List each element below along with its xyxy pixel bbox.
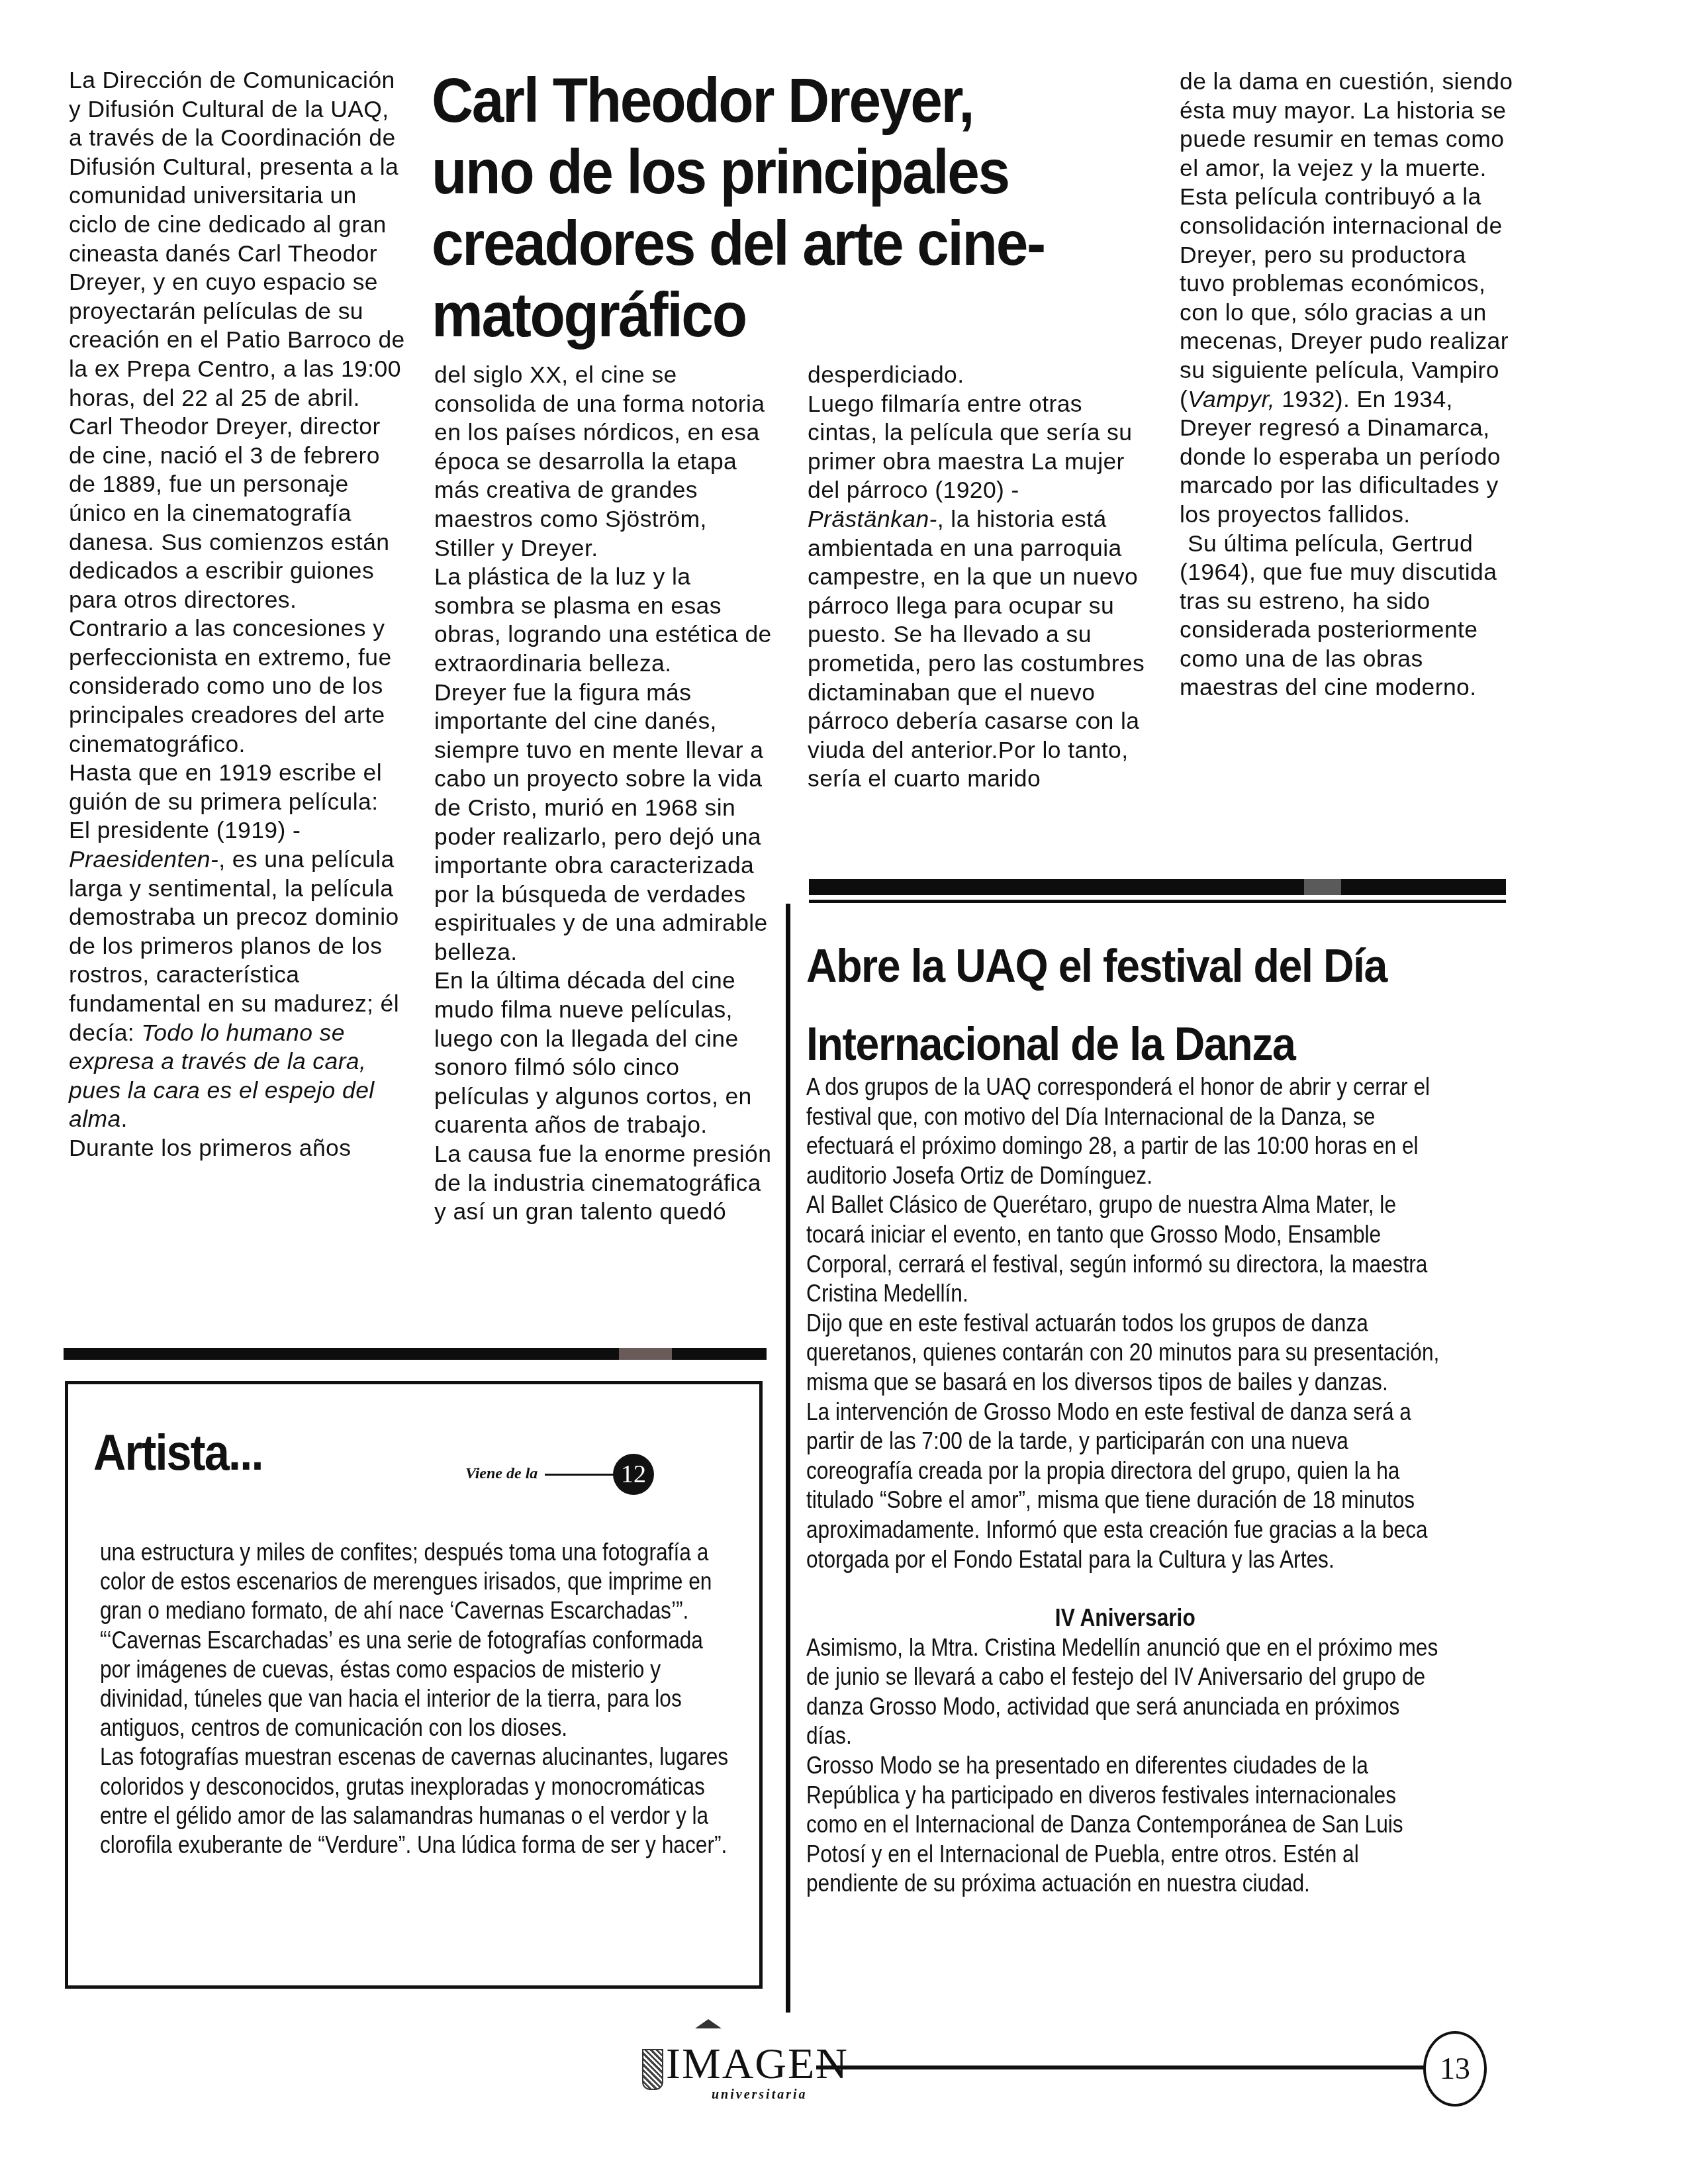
footer: IMAGEN universitaria 13 — [629, 2019, 1503, 2112]
dreyer-column-3: desperdiciado. Luego filmaría entre otra… — [808, 361, 1145, 794]
paragraph: En la última década del cine mudo filma … — [434, 967, 772, 1140]
danza-headline: Abre la UAQ el festival del Día Internac… — [806, 927, 1437, 1083]
paragraph: Su última película, Gertrud (1964), que … — [1180, 530, 1517, 703]
paragraph: La causa fue la enorme presión de la ind… — [434, 1140, 772, 1227]
dreyer-column-4: de la dama en cuestión, siendo ésta muy … — [1180, 68, 1517, 702]
headline-line: Abre la UAQ el festival del Día — [806, 927, 1387, 1005]
paragraph: A dos grupos de la UAQ corresponderá el … — [806, 1072, 1444, 1190]
danza-body: A dos grupos de la UAQ corresponderá el … — [806, 1072, 1444, 1899]
continued-from-label: Viene de la — [465, 1465, 538, 1483]
section-divider-thin — [809, 900, 1506, 903]
section-divider-texture — [1304, 879, 1341, 895]
artista-box: Artista... Viene de la 12 una estructura… — [65, 1381, 763, 1989]
publication-logo: IMAGEN — [666, 2039, 849, 2089]
paragraph: de la dama en cuestión, siendo ésta muy … — [1180, 68, 1517, 183]
paragraph: La plástica de la luz y la sombra se pla… — [434, 563, 772, 678]
paragraph: La Dirección de Comunicación y Difusión … — [69, 66, 405, 412]
section-divider-left-texture — [619, 1348, 672, 1360]
paragraph: Dijo que en este festival actuarán todos… — [806, 1309, 1444, 1398]
paragraph: La intervención de Grosso Modo en este f… — [806, 1398, 1444, 1575]
dreyer-headline: Carl Theodor Dreyer, uno de los principa… — [432, 65, 1090, 351]
headline-line: creadores del arte cine- — [432, 208, 1045, 279]
paragraph: Asimismo, la Mtra. Cristina Medellín anu… — [806, 1633, 1444, 1751]
dreyer-column-2: del siglo XX, el cine se consolida de un… — [434, 361, 772, 1227]
spacer — [806, 1574, 1444, 1603]
paragraph: Esta película contribuyó a la consolidac… — [1180, 183, 1517, 529]
continued-page-badge[interactable]: 12 — [613, 1454, 654, 1495]
paragraph: Hasta que en 1919 escribe el guión de su… — [69, 759, 405, 816]
artista-title: Artista... — [93, 1424, 263, 1482]
crest-icon — [642, 2049, 663, 2090]
headline-line: matográfico — [432, 279, 1045, 351]
section-divider-thick — [809, 879, 1506, 895]
continued-arrow-line — [545, 1474, 618, 1476]
paragraph: Carl Theodor Dreyer, director de cine, n… — [69, 412, 405, 614]
publication-subtitle: universitaria — [712, 2087, 808, 2103]
logo-mountain-icon — [695, 2019, 722, 2028]
paragraph: El presidente (1919) - Praesidenten-, es… — [69, 816, 405, 1134]
subheading: IV Aniversario — [806, 1603, 1444, 1633]
paragraph: Las fotografías muestran escenas de cave… — [100, 1742, 729, 1860]
paragraph: “‘Cavernas Escarchadas’ es una serie de … — [100, 1626, 729, 1743]
paragraph: Grosso Modo se ha presentado en diferent… — [806, 1751, 1444, 1899]
paragraph: Dreyer fue la figura más importante del … — [434, 679, 772, 967]
headline-line: Carl Theodor Dreyer, — [432, 65, 1045, 136]
page-number: 13 — [1423, 2031, 1487, 2107]
headline-line: uno de los principales — [432, 136, 1045, 208]
headline-line: Internacional de la Danza — [806, 1005, 1387, 1083]
paragraph: una estructura y miles de confites; desp… — [100, 1538, 729, 1626]
column-rule-vertical — [786, 904, 790, 2013]
paragraph: desperdiciado. — [808, 361, 1145, 390]
paragraph: Al Ballet Clásico de Querétaro, grupo de… — [806, 1190, 1444, 1308]
paragraph: Durante los primeros años — [69, 1134, 405, 1163]
dreyer-column-1: La Dirección de Comunicación y Difusión … — [69, 66, 405, 1163]
artista-body: una estructura y miles de confites; desp… — [100, 1538, 729, 1860]
footer-rule — [816, 2065, 1425, 2069]
paragraph: del siglo XX, el cine se consolida de un… — [434, 361, 772, 563]
paragraph: Contrario a las concesiones y perfeccion… — [69, 614, 405, 759]
paragraph: Luego filmaría entre otras cintas, la pe… — [808, 390, 1145, 794]
